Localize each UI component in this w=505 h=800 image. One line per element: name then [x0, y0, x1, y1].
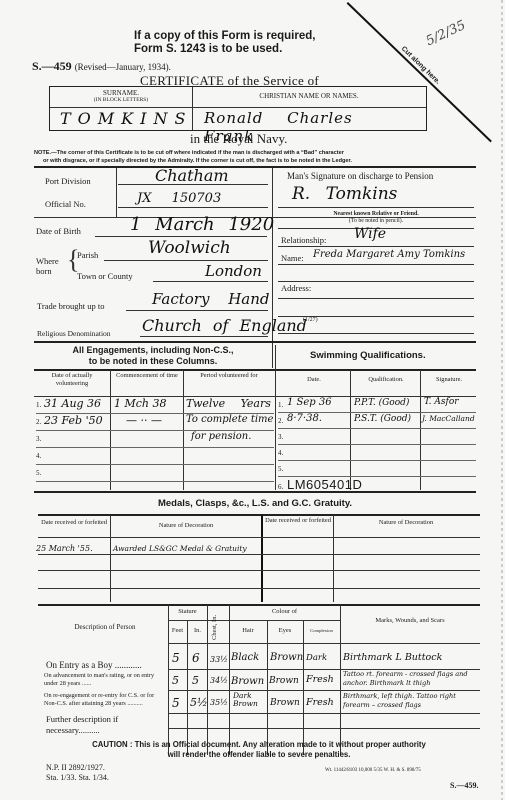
swimming-row: 1. 1 Sep 36 P.P.T. (Good) T. Asfor	[278, 397, 476, 413]
sta-reference: Sta. 1/33. Sta. 1/34.	[46, 773, 109, 783]
address-line-1	[278, 298, 474, 299]
dob-value: 1 March 1920	[130, 214, 274, 235]
engagement-period: Twelve Years	[186, 397, 271, 410]
copy-notice: If a copy of this Form is required, Form…	[134, 30, 315, 56]
swimming-title: Swimming Qualifications.	[310, 350, 426, 361]
relative-label: Nearest known Relative or Friend.	[278, 211, 474, 218]
swimming-row-num: 6.	[278, 483, 283, 491]
colour-label: Colour of	[229, 608, 340, 615]
swimming-row: 3.	[278, 429, 476, 445]
engagement-period: To complete time	[186, 414, 273, 425]
desc-hair: Black	[231, 652, 259, 663]
engagement-row-num: 4.	[36, 452, 41, 460]
desc-row-label: Further description if necessary........…	[46, 714, 166, 736]
engagement-date: 23 Feb '50	[44, 414, 103, 427]
desc-inches: 5	[192, 674, 199, 687]
engagement-commencement: — ·· —	[126, 414, 162, 427]
relationship-value: Wife	[354, 226, 386, 242]
swimming-signature: J. MacCalland	[422, 414, 475, 423]
medals-header-rule	[38, 514, 480, 516]
engagement-date: 31 Aug 36	[44, 397, 101, 410]
medals-row-rule-2	[38, 570, 480, 571]
desc-inches: 5½	[190, 696, 208, 709]
desc-marks: Tattoo rt. forearm - crossed flags and a…	[343, 670, 483, 688]
swimming-row-num: 1.	[278, 401, 283, 409]
town-line	[153, 281, 268, 282]
complexion-label: Complexion	[303, 628, 340, 633]
desc-chest: 33½	[210, 655, 228, 664]
medals-top-rule	[34, 491, 476, 493]
medals-row-rule-0	[38, 537, 480, 538]
swimming-date: 1 Sep 36	[287, 397, 332, 408]
caution-notice: CAUTION : This is an Official document. …	[34, 740, 484, 760]
swimming-qualification: P.P.T. (Good)	[354, 398, 409, 408]
inches-label: In.	[188, 627, 207, 634]
dob-label: Date of Birth	[36, 226, 81, 236]
medals-col-header-2: Nature of Decoration	[112, 522, 260, 529]
desc-row-label: On Entry as a Boy ............	[46, 660, 166, 670]
official-no-line	[118, 207, 268, 208]
description-label: Description of Person	[60, 623, 150, 631]
town-label: Town or County	[77, 271, 133, 281]
desc-eyes: Brown	[269, 676, 299, 686]
desc-chest: 35½	[210, 698, 228, 707]
form-number: S.—459	[32, 59, 72, 73]
official-no-value: JX 150703	[137, 191, 221, 206]
relative-name-value: Freda Margaret Amy Tomkins	[313, 249, 465, 260]
desc-header-rule	[168, 643, 480, 644]
eng-col-header-1: Date of actually volunteering	[36, 372, 108, 388]
footer-references: N.P. II 2892/1927. Sta. 1/33. Sta. 1/34.	[46, 763, 109, 783]
port-box-left	[116, 168, 117, 218]
caution-line2: will render the offender liable to sever…	[34, 750, 484, 760]
name-box: SURNAME. (IN BLOCK LETTERS) CHRISTIAN NA…	[49, 86, 427, 131]
medals-col-header-4: Nature of Decoration	[335, 519, 477, 526]
desc-eyes: Brown	[270, 652, 303, 663]
engagement-commencement: 1 Mch 38	[114, 397, 167, 410]
eng-swim-divider	[275, 345, 276, 490]
surname-label: SURNAME.	[50, 89, 192, 97]
swimming-date: 8·7·38.	[287, 413, 322, 424]
desc-hair: Brown	[231, 676, 264, 687]
service-number-stamp: LM605401D	[287, 477, 362, 492]
desc-col-divider-complexion	[340, 605, 341, 755]
colour-subrule	[229, 620, 340, 621]
desc-marks: Birthmark L Buttock	[343, 652, 442, 663]
engagement-row-num: 5.	[36, 469, 41, 477]
page-edge	[501, 0, 503, 800]
revision-date: (Revised—January, 1934).	[75, 62, 171, 72]
desc-row-label: On re-engagement or re-entry for C.S. or…	[44, 692, 168, 707]
engagements-header-rule	[34, 369, 476, 371]
desc-complexion: Fresh	[306, 697, 334, 708]
parish-value: Woolwich	[148, 238, 231, 258]
trade-label: Trade brought up to	[37, 301, 104, 311]
medal-nature: Awarded LS&GC Medal & Gratuity	[113, 544, 247, 553]
swim-col-header-3: Signature.	[422, 376, 476, 383]
relative-extra-line	[278, 281, 474, 282]
service-branch: in the Royal Navy.	[190, 131, 287, 147]
desc-feet: 5	[172, 696, 180, 710]
surname-value: TOMKINS	[60, 109, 192, 128]
engagements-rows: 1. 31 Aug 36 1 Mch 38 Twelve Years 2. 23…	[36, 397, 274, 482]
engagement-row: 2. 23 Feb '50 — ·· — To complete time	[36, 414, 274, 431]
swimming-signature: T. Asfor	[424, 397, 459, 407]
hair-label: Hair	[229, 627, 267, 634]
note-line2: or with disgrace, or if specially direct…	[34, 157, 479, 165]
medals-title: Medals, Clasps, &c., L.S. and G.C. Gratu…	[34, 498, 476, 509]
surname-sublabel: (IN BLOCK LETTERS)	[50, 97, 192, 103]
dob-line	[95, 236, 267, 237]
engagement-row: 1. 31 Aug 36 1 Mch 38 Twelve Years	[36, 397, 274, 414]
service-certificate-page: If a copy of this Form is required, Form…	[0, 0, 505, 800]
engagement-row-num: 2.	[36, 418, 41, 426]
swimming-row: 2. 8·7·38. P.S.T. (Good) J. MacCalland	[278, 413, 476, 429]
desc-hair: Dark Brown	[233, 692, 267, 708]
chest-label: Chest, In.	[211, 615, 218, 640]
swimming-qualification: P.S.T. (Good)	[354, 414, 411, 424]
address-line-3	[278, 333, 474, 334]
desc-row-rule-3	[168, 713, 480, 714]
desc-chest: 34½	[210, 676, 228, 685]
trade-line	[126, 310, 268, 311]
port-division-label: Port Division	[45, 176, 91, 186]
surname-header: SURNAME. (IN BLOCK LETTERS)	[50, 89, 192, 103]
desc-complexion: Fresh	[306, 674, 334, 685]
eng-col-header-2: Commencement of time	[112, 372, 182, 380]
engagements-title-line2: to be noted in these Columns.	[34, 356, 272, 367]
note: NOTE.—The corner of this Certificate is …	[34, 149, 479, 165]
relative-name-label: Name:	[281, 253, 304, 263]
copy-notice-line2: Form S. 1243 is to be used.	[134, 43, 315, 56]
engagement-row: 3. for pension.	[36, 431, 274, 448]
medals-row-rule-3	[38, 588, 480, 589]
relationship-line	[278, 246, 474, 247]
engagement-row: 5.	[36, 465, 274, 482]
swim-col-header-1: Date.	[278, 376, 350, 383]
desc-col-divider-hair	[267, 620, 268, 755]
footer-form-code: S.—459.	[450, 781, 478, 790]
note-line1: NOTE.—The corner of this Certificate is …	[34, 149, 479, 157]
desc-row-rule-2	[168, 690, 480, 691]
note-rule	[34, 166, 476, 168]
pension-signature-value: R. Tomkins	[292, 184, 397, 204]
cut-along-here-label: Cut along here.	[400, 45, 442, 85]
stature-label: Stature	[168, 608, 207, 615]
desc-inches: 6	[192, 651, 200, 665]
medals-col-header-3: Date received or forfeited	[263, 517, 333, 525]
stature-subrule	[168, 620, 229, 621]
eng-col-header-3: Period volunteered for	[186, 372, 272, 380]
relative-name-line	[278, 264, 474, 265]
religion-label: Religious Denomination	[37, 329, 111, 338]
desc-col-divider-feet	[187, 620, 188, 755]
relative-sublabel: (To be noted in pencil).	[278, 218, 474, 225]
desc-row-rule-4	[168, 728, 480, 729]
official-no-label: Official No.	[45, 199, 86, 209]
description-top-rule	[38, 604, 480, 606]
town-value: London	[205, 262, 262, 280]
trade-value: Factory Hand	[152, 290, 270, 308]
relationship-label: Relationship:	[281, 235, 326, 245]
where-born-label: Where born	[36, 256, 66, 276]
desc-feet: 5	[172, 674, 179, 687]
swimming-row-num: 4.	[278, 449, 283, 457]
desc-feet: 5	[172, 651, 180, 665]
pension-signature-label: Man's Signature on discharge to Pension	[287, 171, 433, 181]
desc-col-divider-inches	[207, 605, 208, 755]
engagements-title-line1: All Engagements, including Non-C.S.,	[34, 345, 272, 356]
desc-marks: Birthmark, left thigh. Tattoo right fore…	[343, 692, 483, 710]
desc-complexion: Dark	[306, 653, 327, 663]
engagement-period: for pension.	[191, 431, 251, 442]
medals-row-rule-1	[38, 554, 480, 555]
port-division-line	[118, 184, 268, 185]
pension-signature-line	[278, 207, 474, 208]
swimming-row-num: 2.	[278, 417, 283, 425]
swimming-row: 4.	[278, 445, 476, 461]
np-reference: N.P. II 2892/1927.	[46, 763, 109, 773]
swimming-rows: 1. 1 Sep 36 P.P.T. (Good) T. Asfor 2. 8·…	[278, 397, 476, 493]
feet-label: Feet	[168, 627, 187, 634]
engagement-row-num: 3.	[36, 435, 41, 443]
eyes-label: Eyes	[267, 627, 303, 634]
parish-label: Parish	[77, 250, 98, 260]
engagement-row-num: 1.	[36, 401, 41, 409]
personal-column-divider	[272, 168, 273, 368]
christian-names-label: CHRISTIAN NAME OR NAMES.	[192, 92, 426, 100]
relative-header: Nearest known Relative or Friend. (To be…	[278, 211, 474, 225]
desc-col-divider-eyes	[303, 620, 304, 755]
religion-line	[140, 336, 268, 337]
form-number-line: S.—459 (Revised—January, 1934).	[32, 59, 171, 74]
religion-note: (1/27)	[303, 317, 318, 323]
swimming-row-num: 3.	[278, 433, 283, 441]
desc-row-label: On advancement to man's rating, or on en…	[44, 672, 168, 688]
parish-line	[104, 260, 268, 261]
marks-label: Marks, Wounds, and Scars	[340, 617, 480, 624]
port-division-value: Chatham	[155, 166, 229, 185]
desc-eyes: Brown	[270, 698, 300, 708]
corner-annotation: 5/2/35	[424, 18, 468, 49]
engagements-top-rule	[34, 341, 476, 343]
copy-notice-line1: If a copy of this Form is required,	[134, 30, 315, 43]
swim-col-header-2: Qualification.	[352, 376, 420, 383]
printer-line: Wt. 11442/8103 10,000 5/35 W. H. & S. 89…	[325, 768, 421, 773]
name-box-rule	[50, 107, 426, 108]
medals-col-header-1: Date received or forfeited	[38, 519, 110, 527]
swimming-row: 5.	[278, 461, 476, 477]
address-line-2	[278, 316, 474, 317]
engagements-title: All Engagements, including Non-C.S., to …	[34, 345, 272, 367]
swimming-row-num: 5.	[278, 465, 283, 473]
caution-line1: CAUTION : This is an Official document. …	[34, 740, 484, 750]
address-label: Address:	[281, 283, 311, 293]
medal-date: 25 March '55.	[36, 544, 93, 553]
engagement-row: 4.	[36, 448, 274, 465]
